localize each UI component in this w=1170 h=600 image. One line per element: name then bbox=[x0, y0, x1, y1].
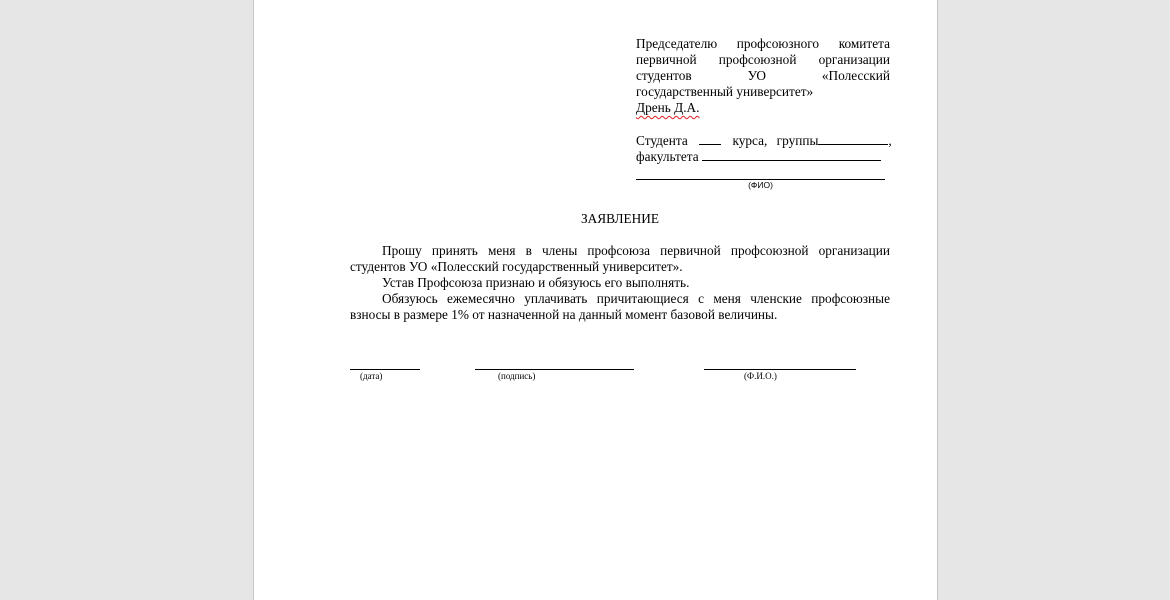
faculty-line: факультета bbox=[636, 148, 890, 164]
course-label: курса, bbox=[732, 133, 767, 148]
signature-caption: (подпись) bbox=[498, 371, 535, 381]
fio-signature-caption: (Ф.И.О.) bbox=[744, 371, 777, 381]
paragraph-request: Прошу принять меня в члены профсоюза пер… bbox=[350, 243, 890, 275]
paragraph-charter: Устав Профсоюза признаю и обязуюсь его в… bbox=[350, 275, 890, 291]
addressee-block: Председателю профсоюзного комитета перви… bbox=[636, 36, 890, 164]
student-course-group-line: Студента курса, группы, bbox=[636, 132, 890, 148]
addressee-name: Дрень Д.А. bbox=[636, 100, 890, 116]
addressee-line-4: государственный университет» bbox=[636, 84, 890, 100]
addressee-line-1: Председателю профсоюзного комитета bbox=[636, 36, 890, 52]
signature-blank-line[interactable] bbox=[475, 369, 634, 370]
faculty-label: факультета bbox=[636, 149, 699, 164]
addressee-name-text: Дрень Д.А. bbox=[636, 100, 699, 115]
document-body: Прошу принять меня в члены профсоюза пер… bbox=[350, 243, 890, 323]
date-blank-line[interactable] bbox=[350, 369, 420, 370]
document-page: Председателю профсоюзного комитета перви… bbox=[253, 0, 938, 600]
group-blank[interactable] bbox=[818, 132, 888, 145]
course-blank[interactable] bbox=[699, 132, 721, 145]
group-suffix: , bbox=[888, 133, 891, 148]
addressee-line-3: студентов УО «Полесский bbox=[636, 68, 890, 84]
document-title: ЗАЯВЛЕНИЕ bbox=[350, 211, 890, 227]
fio-signature-blank-line[interactable] bbox=[704, 369, 856, 370]
fio-caption: (ФИО) bbox=[636, 180, 885, 190]
paragraph-dues: Обязуюсь ежемесячно уплачивать причитающ… bbox=[350, 291, 890, 323]
group-label: группы bbox=[777, 133, 819, 148]
date-caption: (дата) bbox=[360, 371, 382, 381]
student-label: Студента bbox=[636, 133, 688, 148]
addressee-line-2: первичной профсоюзной организации bbox=[636, 52, 890, 68]
faculty-blank[interactable] bbox=[702, 148, 881, 161]
